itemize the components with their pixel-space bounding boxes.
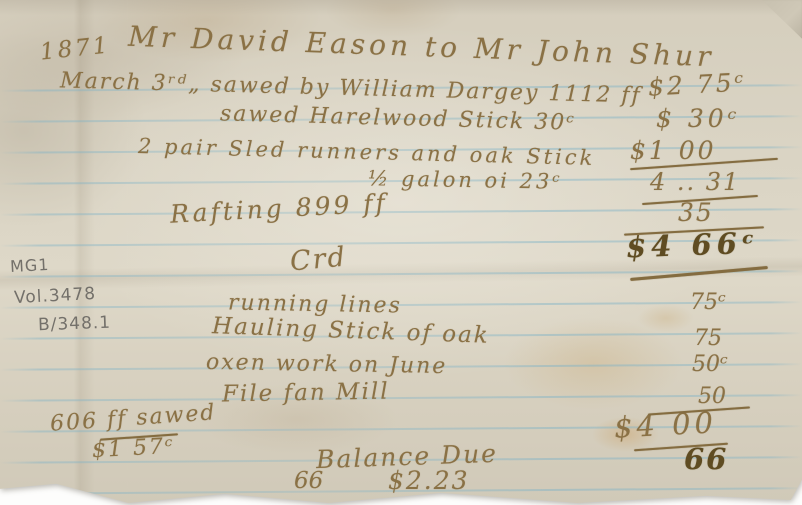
- credit-line: File fan Mill: [222, 379, 390, 408]
- balance-amount: $2.23: [388, 466, 470, 495]
- charge-line: ½ galon oi 23ᶜ: [368, 166, 563, 193]
- charge-line: sawed Harelwood Stick 30ᶜ: [220, 101, 576, 135]
- paper-sheet: MG1 Vol.3478 B/348.1 1871 Mr David Eason…: [0, 0, 802, 505]
- folded-corner: [753, 0, 802, 42]
- archive-mark-volume: Vol.3478: [14, 284, 97, 308]
- balance-carry: 66: [294, 468, 323, 494]
- ruled-line: [0, 394, 802, 402]
- credit-amount: 75: [694, 326, 722, 351]
- charge-amount: $1 00: [630, 136, 717, 165]
- charge-amount: $ 30ᶜ: [656, 104, 740, 133]
- charge-line: 2 pair Sled runners and oak Stick: [138, 134, 596, 170]
- scanned-receipt: MG1 Vol.3478 B/348.1 1871 Mr David Eason…: [0, 0, 802, 505]
- paper-shadow: MG1 Vol.3478 B/348.1 1871 Mr David Eason…: [0, 0, 802, 505]
- receipt-year: 1871: [39, 32, 112, 65]
- credit-heading: Crd: [289, 242, 348, 278]
- charge-amount: 35: [678, 198, 714, 227]
- credit-line: oxen work on June: [206, 350, 448, 379]
- charge-amount: $2 75ᶜ: [647, 67, 747, 101]
- credit-line: Hauling Stick of oak: [212, 313, 491, 349]
- receipt-parties: Mr David Eason to Mr John Shur: [128, 20, 715, 73]
- credit-amount: 50ᶜ: [692, 352, 728, 377]
- charge-amount: 4 .. 31: [650, 168, 740, 196]
- charge-line: March 3ʳᵈ„ sawed by William Dargey 1112 …: [60, 68, 642, 108]
- charge-line: Rafting 899 ff: [169, 188, 388, 228]
- archive-mark-item: B/348.1: [38, 313, 112, 336]
- ink-underline: [630, 266, 768, 281]
- credit-amount: 75ᶜ: [690, 290, 726, 315]
- archive-mark-collection: MG1: [10, 255, 50, 276]
